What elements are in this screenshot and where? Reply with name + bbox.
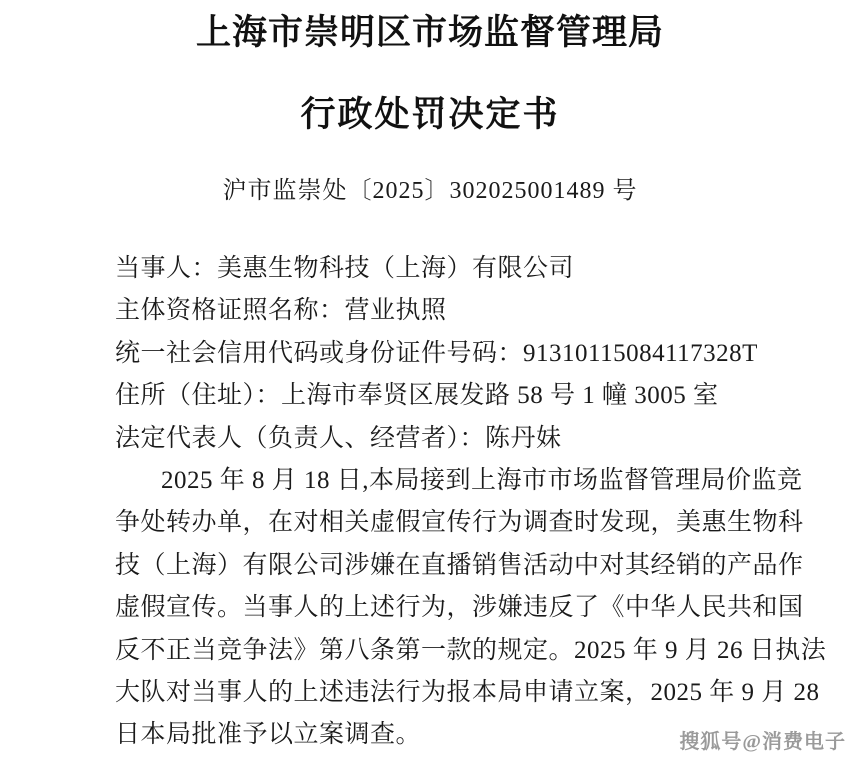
document-body: 当事人：美惠生物科技（上海）有限公司 主体资格证照名称：营业执照 统一社会信用代… <box>115 248 770 757</box>
license-type-line: 主体资格证照名称：营业执照 <box>115 290 770 332</box>
penalty-decision-document: 上海市崇明区市场监督管理局 行政处罚决定书 沪市监崇处〔2025〕3020250… <box>0 0 860 760</box>
address-line: 住所（住址）：上海市奉贤区展发路 58 号 1 幢 3005 室 <box>115 375 770 417</box>
paragraph-line: 2025 年 8 月 18 日,本局接到上海市市场监督管理局价监竞 <box>115 460 770 502</box>
paragraph-line: 虚假宣传。当事人的上述行为，涉嫌违反了《中华人民共和国 <box>115 587 770 629</box>
party-name-line: 当事人：美惠生物科技（上海）有限公司 <box>115 248 770 290</box>
paragraph-line: 日本局批准予以立案调查。 <box>115 714 770 756</box>
paragraph-line: 反不正当竞争法》第八条第一款的规定。2025 年 9 月 26 日执法 <box>115 630 770 672</box>
paragraph-line: 争处转办单，在对相关虚假宣传行为调查时发现，美惠生物科 <box>115 502 770 544</box>
document-number: 沪市监崇处〔2025〕302025001489 号 <box>0 170 860 205</box>
paragraph-line: 大队对当事人的上述违法行为报本局申请立案，2025 年 9 月 28 <box>115 672 770 714</box>
document-title: 上海市崇明区市场监督管理局 <box>0 0 860 56</box>
legal-representative-line: 法定代表人（负责人、经营者）：陈丹妹 <box>115 418 770 460</box>
credit-code-line: 统一社会信用代码或身份证件号码：91310115084117328T <box>115 333 770 375</box>
sohu-account-watermark: 搜狐号@消费电子 <box>679 725 846 754</box>
document-subtitle: 行政处罚决定书 <box>0 92 860 138</box>
paragraph-line: 技（上海）有限公司涉嫌在直播销售活动中对其经销的产品作 <box>115 545 770 587</box>
